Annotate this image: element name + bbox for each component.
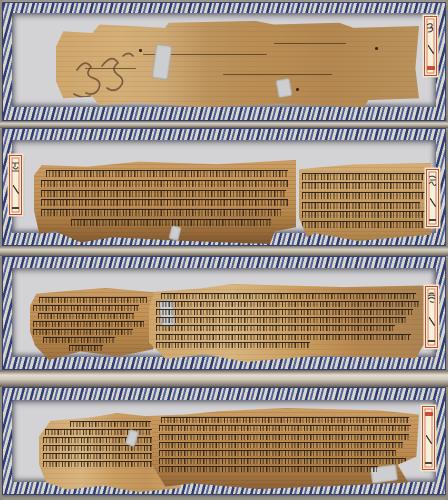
script-line [302,182,422,189]
panel-3-mount [12,268,436,357]
manuscript-fragment [299,163,431,241]
label-character-glyph [426,22,435,33]
inventory-label [9,155,22,215]
panel-4 [2,387,446,495]
red-seal-stamp [427,66,435,70]
manuscript-photograph [0,0,448,500]
script-line [70,421,151,427]
label-slash-glyph [429,317,435,326]
mount-ridge [0,370,448,387]
label-character-glyph [427,292,436,303]
script-line [69,345,103,351]
script-line [159,434,409,440]
script-line [156,342,310,348]
script-line [302,173,428,180]
script-line [159,425,411,431]
script-line [41,190,286,197]
script-column [156,291,422,350]
script-line [161,293,416,299]
script-line [43,437,168,443]
script-column [33,294,153,353]
script-line [33,305,139,311]
manuscript-fragment [152,408,419,489]
label-character-glyph [428,175,437,186]
script-line [156,301,419,307]
script-line [33,321,144,327]
label-number-glyph [12,207,19,209]
bark-crack [274,43,347,44]
bark-crack [223,74,332,75]
tear-hole [152,44,173,80]
script-line [302,221,423,228]
mount-ridge [0,246,448,256]
script-line [41,199,289,206]
inventory-label [425,286,438,348]
ink-scribble [71,50,141,102]
ink-dot [296,88,299,91]
red-seal-stamp [425,412,433,416]
panel-4-mount [12,400,436,482]
script-line [159,442,404,448]
label-number-glyph [429,219,436,221]
manuscript-fragment [30,288,156,360]
inventory-label [426,169,439,227]
script-line [43,337,115,343]
label-slash-glyph [426,435,432,444]
label-slash-glyph [13,185,19,194]
script-line [156,334,411,340]
label-character-glyph [11,161,20,172]
script-line [39,297,147,303]
manuscript-fragment [56,21,419,107]
script-line [302,202,419,209]
panel-2 [2,128,446,246]
script-column [302,170,428,231]
script-line [156,317,406,323]
script-line [41,180,289,187]
script-column [159,415,414,474]
script-line [43,445,170,451]
tear-hole [276,78,293,98]
script-line [156,309,414,315]
ink-dot [375,47,378,50]
panel-3 [2,256,446,370]
manuscript-fragment [34,160,296,244]
script-column [41,168,291,229]
mount-ridge [0,121,448,128]
script-line [38,313,134,319]
script-line [159,450,396,456]
panel-1-mount [12,13,436,107]
script-line [161,417,408,423]
label-slash-glyph [430,198,436,207]
script-line [71,219,271,226]
inventory-label [424,16,437,76]
label-number-glyph [425,462,432,464]
script-line [302,192,426,199]
script-line [302,211,427,218]
script-line [156,325,395,331]
script-line [33,329,133,335]
script-line [46,170,289,177]
script-line [159,466,378,472]
manuscript-fragment [149,284,427,362]
label-slash-glyph [428,45,434,54]
label-number-glyph [428,340,435,342]
script-line [43,461,162,467]
inventory-label [422,406,435,470]
script-line [45,429,167,435]
script-line [41,209,281,216]
panel-1 [2,2,446,121]
script-line [159,458,406,464]
panel-2-mount [12,140,436,233]
